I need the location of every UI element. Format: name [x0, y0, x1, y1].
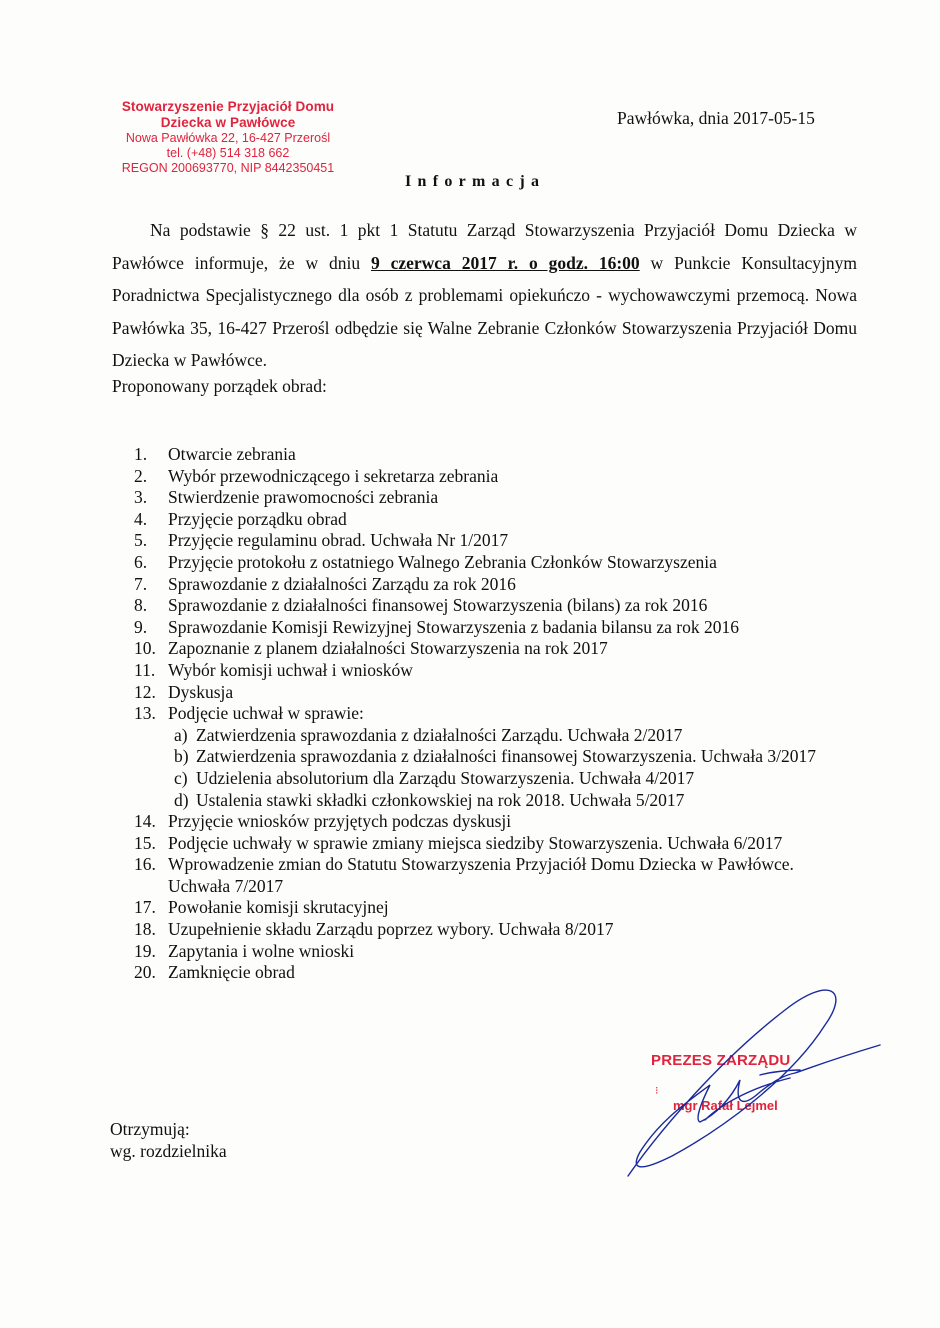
agenda-item-number: 5. [134, 530, 147, 552]
agenda-subitem-text: Ustalenia stawki składki członkowskiej n… [196, 790, 684, 810]
agenda-item: 9.Sprawozdanie Komisji Rewizyjnej Stowar… [134, 617, 834, 639]
agenda-subitem: a)Zatwierdzenia sprawozdania z działalno… [134, 725, 834, 747]
agenda-item-number: 11. [134, 660, 155, 682]
agenda-item-text: Podjęcie uchwał w sprawie: [168, 703, 364, 723]
agenda-item: 19.Zapytania i wolne wnioski [134, 941, 834, 963]
agenda-item-number: 18. [134, 919, 156, 941]
stamp-mark-icon: ⁝ [655, 1084, 659, 1097]
agenda-list: 1.Otwarcie zebrania2.Wybór przewodnicząc… [134, 444, 834, 984]
agenda-item-text: Przyjęcie regulaminu obrad. Uchwała Nr 1… [168, 530, 508, 550]
agenda-subitem-text: Udzielenia absolutorium dla Zarządu Stow… [196, 768, 694, 788]
agenda-item-text: Stwierdzenie prawomocności zebrania [168, 487, 438, 507]
agenda-item-text: Zapytania i wolne wnioski [168, 941, 354, 961]
agenda-item-text: Dyskusja [168, 682, 233, 702]
agenda-subitem-letter: d) [174, 790, 189, 812]
agenda-item-number: 4. [134, 509, 147, 531]
agenda-item: 14.Przyjęcie wniosków przyjętych podczas… [134, 811, 834, 833]
agenda-item-text: Przyjęcie protokołu z ostatniego Walnego… [168, 552, 717, 572]
agenda-item: 17.Powołanie komisji skrutacyjnej [134, 897, 834, 919]
signature-role: PREZES ZARZĄDU [651, 1052, 790, 1069]
agenda-item-number: 17. [134, 897, 156, 919]
agenda-item-number: 6. [134, 552, 147, 574]
agenda-item: 3.Stwierdzenie prawomocności zebrania [134, 487, 834, 509]
stamp-org-line1: Stowarzyszenie Przyjaciół Domu [108, 99, 348, 115]
agenda-subitem-text: Zatwierdzenia sprawozdania z działalnośc… [196, 725, 682, 745]
handwritten-signature-icon [600, 980, 900, 1180]
stamp-org-line2: Dziecka w Pawłówce [108, 115, 348, 131]
agenda-subitem-text: Zatwierdzenia sprawozdania z działalnośc… [196, 746, 816, 766]
place-date: Pawłówka, dnia 2017-05-15 [617, 108, 815, 129]
agenda-item: 10.Zapoznanie z planem działalności Stow… [134, 638, 834, 660]
meeting-date-time: 9 czerwca 2017 r. o godz. 16:00 [371, 253, 640, 273]
recipients-label: Otrzymują: [110, 1118, 227, 1140]
agenda-item-number: 16. [134, 854, 156, 876]
agenda-item-text: Sprawozdanie Komisji Rewizyjnej Stowarzy… [168, 617, 739, 637]
stamp-address: Nowa Pawłówka 22, 16-427 Przerośl [108, 131, 348, 146]
agenda-item-number: 19. [134, 941, 156, 963]
agenda-item: 18.Uzupełnienie składu Zarządu poprzez w… [134, 919, 834, 941]
agenda-item-number: 8. [134, 595, 147, 617]
agenda-item-number: 1. [134, 444, 147, 466]
stamp-phone: tel. (+48) 514 318 662 [108, 146, 348, 161]
agenda-sublist: a)Zatwierdzenia sprawozdania z działalno… [134, 725, 834, 811]
agenda-item: 16.Wprowadzenie zmian do Statutu Stowarz… [134, 854, 834, 897]
agenda-subitem: c)Udzielenia absolutorium dla Zarządu St… [134, 768, 834, 790]
agenda-item: 7.Sprawozdanie z działalności Zarządu za… [134, 574, 834, 596]
agenda-item-text: Przyjęcie porządku obrad [168, 509, 347, 529]
recipients: Otrzymują: wg. rozdzielnika [110, 1118, 227, 1162]
agenda-item: 5.Przyjęcie regulaminu obrad. Uchwała Nr… [134, 530, 834, 552]
signature-name: mgr Rafał Lejmel [673, 1098, 778, 1113]
agenda-subitem-letter: b) [174, 746, 189, 768]
agenda-item-text: Powołanie komisji skrutacyjnej [168, 897, 389, 917]
agenda-item-text: Przyjęcie wniosków przyjętych podczas dy… [168, 811, 511, 831]
organization-stamp: Stowarzyszenie Przyjaciół Domu Dziecka w… [108, 99, 348, 176]
agenda-item-number: 12. [134, 682, 156, 704]
agenda-item: 12.Dyskusja [134, 682, 834, 704]
agenda-item: 6.Przyjęcie protokołu z ostatniego Walne… [134, 552, 834, 574]
agenda-item-text: Uzupełnienie składu Zarządu poprzez wybo… [168, 919, 613, 939]
agenda-item-number: 9. [134, 617, 147, 639]
agenda-item: 11.Wybór komisji uchwał i wniosków [134, 660, 834, 682]
agenda-item: 20.Zamknięcie obrad [134, 962, 834, 984]
stamp-registry: REGON 200693770, NIP 8442350451 [108, 161, 348, 176]
agenda-intro: Proponowany porządek obrad: [112, 376, 327, 397]
agenda-item-text: Zamknięcie obrad [168, 962, 295, 982]
agenda-subitem: b)Zatwierdzenia sprawozdania z działalno… [134, 746, 834, 768]
body-paragraph: Na podstawie § 22 ust. 1 pkt 1 Statutu Z… [112, 214, 857, 377]
agenda-item: 8.Sprawozdanie z działalności finansowej… [134, 595, 834, 617]
document-page: Stowarzyszenie Przyjaciół Domu Dziecka w… [0, 0, 940, 1328]
agenda-item: 2.Wybór przewodniczącego i sekretarza ze… [134, 466, 834, 488]
agenda-subitem: d)Ustalenia stawki składki członkowskiej… [134, 790, 834, 812]
agenda-item-number: 7. [134, 574, 147, 596]
document-title: Informacja [405, 173, 545, 191]
agenda-item-number: 13. [134, 703, 156, 725]
signature-stamp: PREZES ZARZĄDU ⁝ mgr Rafał Lejmel [651, 1052, 790, 1069]
agenda-item-text: Wybór przewodniczącego i sekretarza zebr… [168, 466, 498, 486]
agenda-item: 13.Podjęcie uchwał w sprawie: [134, 703, 834, 725]
agenda-item-number: 2. [134, 466, 147, 488]
agenda-item-text: Sprawozdanie z działalności Zarządu za r… [168, 574, 516, 594]
agenda-item-number: 15. [134, 833, 156, 855]
agenda-item-text: Wybór komisji uchwał i wniosków [168, 660, 413, 680]
agenda-item-number: 20. [134, 962, 156, 984]
agenda-item-text: Sprawozdanie z działalności finansowej S… [168, 595, 707, 615]
agenda-subitem-letter: a) [174, 725, 188, 747]
agenda-item-number: 14. [134, 811, 156, 833]
agenda-subitem-letter: c) [174, 768, 188, 790]
agenda-item-number: 10. [134, 638, 156, 660]
agenda-item: 4.Przyjęcie porządku obrad [134, 509, 834, 531]
agenda-item-text: Otwarcie zebrania [168, 444, 296, 464]
agenda-item-text: Zapoznanie z planem działalności Stowarz… [168, 638, 608, 658]
agenda-item-text: Podjęcie uchwały w sprawie zmiany miejsc… [168, 833, 782, 853]
agenda-item: 1.Otwarcie zebrania [134, 444, 834, 466]
recipients-value: wg. rozdzielnika [110, 1140, 227, 1162]
agenda-item-number: 3. [134, 487, 147, 509]
agenda-item-text: Wprowadzenie zmian do Statutu Stowarzysz… [168, 854, 794, 896]
agenda-item: 15.Podjęcie uchwały w sprawie zmiany mie… [134, 833, 834, 855]
